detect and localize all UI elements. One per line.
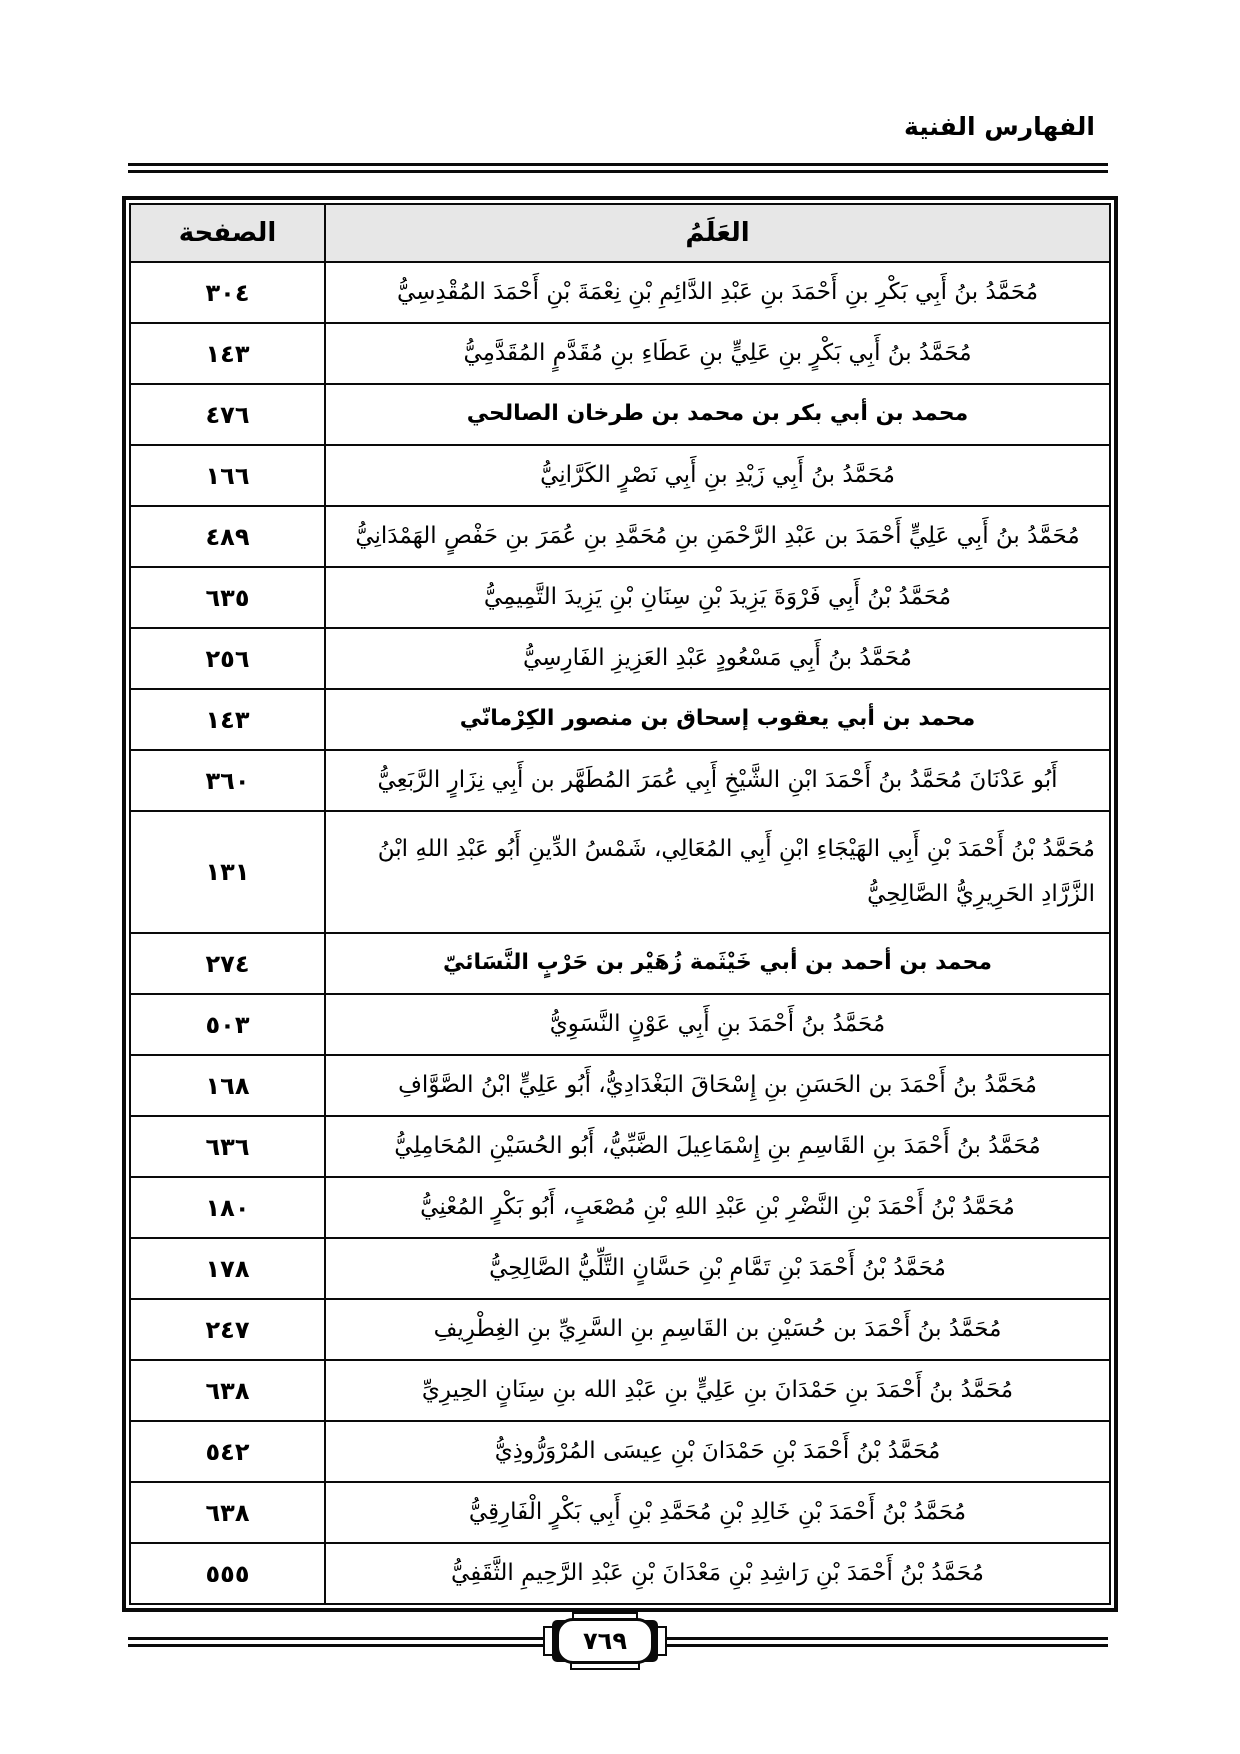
page-number-cell: ٢٥٦ bbox=[131, 629, 324, 688]
scholar-name-cell: مُحَمَّدُ بنُ أَحْمَدَ بن حُسَيْنِ بن ال… bbox=[324, 1300, 1109, 1359]
scholar-name-cell: مُحَمَّدُ بنُ أَحْمَدَ بن الحَسَنِ بنِ إ… bbox=[324, 1056, 1109, 1115]
table-row: ٢٥٦ مُحَمَّدُ بنُ أَبِي مَسْعُودٍ عَبْدِ… bbox=[131, 627, 1109, 688]
scholar-name-cell: مُحَمَّدُ بنُ أَبِي عَلِيٍّ أَحْمَدَ بن … bbox=[324, 507, 1109, 566]
scholar-name-text: مُحَمَّدُ بنُ أَحْمَدَ بنِ القَاسِمِ بنِ… bbox=[394, 1124, 1040, 1169]
table-row: ١٦٦ مُحَمَّدُ بنُ أَبِي زَيْدِ بنِ أَبِي… bbox=[131, 444, 1109, 505]
scholar-name-cell: مُحَمَّدُ بنُ أَبِي زَيْدِ بنِ أَبِي نَص… bbox=[324, 446, 1109, 505]
table-row: ٦٣٨ مُحَمَّدُ بْنُ أَحْمَدَ بْنِ خَالِدِ… bbox=[131, 1481, 1109, 1542]
scholar-name-text: مُحَمَّدُ بْنُ أَحْمَدَ بْنِ النَّضْرِ ب… bbox=[420, 1185, 1015, 1230]
table-header-row: الصفحة العَلَمُ bbox=[131, 205, 1109, 261]
table-row: ١٣١ مُحَمَّدُ بْنُ أَحْمَدَ بْنِ أَبِي ا… bbox=[131, 810, 1109, 932]
scholar-name-text: مُحَمَّدُ بْنُ أَحْمَدَ بْنِ رَاشِدِ بْن… bbox=[451, 1551, 984, 1596]
table-row: ١٧٨ مُحَمَّدُ بْنُ أَحْمَدَ بْنِ تَمَّام… bbox=[131, 1237, 1109, 1298]
table-row: ٣٠٤ مُحَمَّدُ بنُ أَبِي بَكْرِ بنِ أَحْم… bbox=[131, 261, 1109, 322]
table-row: ٦٣٦ مُحَمَّدُ بنُ أَحْمَدَ بنِ القَاسِمِ… bbox=[131, 1115, 1109, 1176]
scholar-name-cell: مُحَمَّدُ بْنُ أَحْمَدَ بْنِ خَالِدِ بْن… bbox=[324, 1483, 1109, 1542]
scholar-name-cell: مُحَمَّدُ بنُ أَحْمَدَ بنِ أَبِي عَوْنٍ … bbox=[324, 995, 1109, 1054]
table-row: ٢٤٧ مُحَمَّدُ بنُ أَحْمَدَ بن حُسَيْنِ ب… bbox=[131, 1298, 1109, 1359]
column-header-name: العَلَمُ bbox=[324, 205, 1109, 261]
scholar-name-text: مُحَمَّدُ بْنُ أَحْمَدَ بْنِ خَالِدِ بْن… bbox=[469, 1490, 966, 1535]
scholar-name-text: أَبُو عَدْنَانَ مُحَمَّدُ بنُ أَحْمَدَ ا… bbox=[378, 758, 1058, 803]
scholar-name-cell: مُحَمَّدُ بْنُ أَحْمَدَ بْنِ النَّضْرِ ب… bbox=[324, 1178, 1109, 1237]
scholar-name-cell: محمد بن أبي بكر بن محمد بن طرخان الصالحي bbox=[324, 385, 1109, 444]
scholar-name-cell: مُحَمَّدُ بنُ أَحْمَدَ بنِ حَمْدَانَ بنِ… bbox=[324, 1361, 1109, 1420]
page-number-cell: ٤٨٩ bbox=[131, 507, 324, 566]
table-row: ٥٠٣ مُحَمَّدُ بنُ أَحْمَدَ بنِ أَبِي عَو… bbox=[131, 993, 1109, 1054]
page-number-cell: ١٦٨ bbox=[131, 1056, 324, 1115]
page-number-cell: ١٧٨ bbox=[131, 1239, 324, 1298]
page-number-cell: ٣٠٤ bbox=[131, 263, 324, 322]
table-row: ١٤٣ مُحَمَّدُ بنُ أَبِي بَكْرٍ بنِ عَلِي… bbox=[131, 322, 1109, 383]
scholar-name-text: مُحَمَّدُ بنُ أَحْمَدَ بن الحَسَنِ بنِ إ… bbox=[398, 1063, 1037, 1108]
scholar-name-text: محمد بن أبي بكر بن محمد بن طرخان الصالحي bbox=[467, 393, 969, 436]
scholar-name-cell: مُحَمَّدُ بنُ أَحْمَدَ بنِ القَاسِمِ بنِ… bbox=[324, 1117, 1109, 1176]
page-number-cell: ١٤٣ bbox=[131, 324, 324, 383]
index-table-inner-border: الصفحة العَلَمُ ٣٠٤ مُحَمَّدُ بنُ أَبِي … bbox=[129, 203, 1111, 1605]
scholar-name-cell: أَبُو عَدْنَانَ مُحَمَّدُ بنُ أَحْمَدَ ا… bbox=[324, 751, 1109, 810]
book-page: الفهارس الفنية الصفحة العَلَمُ ٣٠٤ مُحَم… bbox=[0, 0, 1240, 1754]
scholar-name-cell: مُحَمَّدُ بنُ أَبِي بَكْرٍ بنِ عَلِيٍّ ب… bbox=[324, 324, 1109, 383]
table-row: ١٦٨ مُحَمَّدُ بنُ أَحْمَدَ بن الحَسَنِ ب… bbox=[131, 1054, 1109, 1115]
page-number-cell: ١٨٠ bbox=[131, 1178, 324, 1237]
table-row: ٢٧٤ محمد بن أحمد بن أبي خَيْثَمة زُهَيْر… bbox=[131, 932, 1109, 993]
scholar-name-text: مُحَمَّدُ بنُ أَبِي بَكْرِ بنِ أَحْمَدَ … bbox=[397, 270, 1038, 315]
table-row: ٥٤٢ مُحَمَّدُ بْنُ أَحْمَدَ بْنِ حَمْدَا… bbox=[131, 1420, 1109, 1481]
scholar-name-text: مُحَمَّدُ بْنُ أَبِي فَرْوَةَ يَزِيدَ بْ… bbox=[484, 575, 951, 620]
folio-number: ٧٦٩ bbox=[583, 1627, 627, 1655]
table-row: ٦٣٥ مُحَمَّدُ بْنُ أَبِي فَرْوَةَ يَزِيد… bbox=[131, 566, 1109, 627]
scholar-name-cell: مُحَمَّدُ بْنُ أَبِي فَرْوَةَ يَزِيدَ بْ… bbox=[324, 568, 1109, 627]
table-row: ١٨٠ مُحَمَّدُ بْنُ أَحْمَدَ بْنِ النَّضْ… bbox=[131, 1176, 1109, 1237]
column-header-page: الصفحة bbox=[131, 205, 324, 261]
page-number-cell: ١٤٣ bbox=[131, 690, 324, 749]
page-title: الفهارس الفنية bbox=[904, 112, 1095, 141]
header-divider-rule bbox=[128, 163, 1108, 173]
scholar-name-cell: محمد بن أحمد بن أبي خَيْثَمة زُهَيْر بن … bbox=[324, 934, 1109, 993]
scholar-name-cell: مُحَمَّدُ بْنُ أَحْمَدَ بْنِ تَمَّامِ بْ… bbox=[324, 1239, 1109, 1298]
scholar-name-cell: مُحَمَّدُ بْنُ أَحْمَدَ بْنِ حَمْدَانَ ب… bbox=[324, 1422, 1109, 1481]
table-row: ٣٦٠ أَبُو عَدْنَانَ مُحَمَّدُ بنُ أَحْمَ… bbox=[131, 749, 1109, 810]
page-number-cell: ٦٣٨ bbox=[131, 1361, 324, 1420]
scholar-name-cell: مُحَمَّدُ بنُ أَبِي بَكْرِ بنِ أَحْمَدَ … bbox=[324, 263, 1109, 322]
page-number-cell: ١٦٦ bbox=[131, 446, 324, 505]
scholar-name-text: مُحَمَّدُ بنُ أَحْمَدَ بنِ أَبِي عَوْنٍ … bbox=[550, 1002, 885, 1047]
scholar-name-text: مُحَمَّدُ بنُ أَبِي عَلِيٍّ أَحْمَدَ بن … bbox=[355, 514, 1079, 559]
scholar-name-cell: مُحَمَّدُ بْنُ أَحْمَدَ بْنِ أَبِي الهَي… bbox=[324, 812, 1109, 932]
page-number-cell: ٢٤٧ bbox=[131, 1300, 324, 1359]
scholar-name-cell: مُحَمَّدُ بْنُ أَحْمَدَ بْنِ رَاشِدِ بْن… bbox=[324, 1544, 1109, 1603]
scholar-name-text: مُحَمَّدُ بنُ أَبِي مَسْعُودٍ عَبْدِ الع… bbox=[523, 636, 912, 681]
scholar-name-text: مُحَمَّدُ بْنُ أَحْمَدَ بْنِ أَبِي الهَي… bbox=[378, 827, 1095, 917]
table-row: ٤٧٦ محمد بن أبي بكر بن محمد بن طرخان الص… bbox=[131, 383, 1109, 444]
page-number-cell: ٤٧٦ bbox=[131, 385, 324, 444]
scholar-name-cell: مُحَمَّدُ بنُ أَبِي مَسْعُودٍ عَبْدِ الع… bbox=[324, 629, 1109, 688]
folio-number-cartouche: ٧٦٩ bbox=[556, 1618, 654, 1664]
page-number-cell: ١٣١ bbox=[131, 812, 324, 932]
scholar-name-text: مُحَمَّدُ بنُ أَبِي زَيْدِ بنِ أَبِي نَص… bbox=[540, 453, 895, 498]
page-number-cell: ٥٤٢ bbox=[131, 1422, 324, 1481]
index-table: الصفحة العَلَمُ ٣٠٤ مُحَمَّدُ بنُ أَبِي … bbox=[122, 196, 1118, 1612]
table-row: ٤٨٩ مُحَمَّدُ بنُ أَبِي عَلِيٍّ أَحْمَدَ… bbox=[131, 505, 1109, 566]
table-row: ١٤٣ محمد بن أبي يعقوب إسحاق بن منصور الك… bbox=[131, 688, 1109, 749]
page-number-cell: ٦٣٦ bbox=[131, 1117, 324, 1176]
scholar-name-text: محمد بن أحمد بن أبي خَيْثَمة زُهَيْر بن … bbox=[443, 942, 992, 985]
page-number-cell: ٦٣٨ bbox=[131, 1483, 324, 1542]
scholar-name-cell: محمد بن أبي يعقوب إسحاق بن منصور الكِرْم… bbox=[324, 690, 1109, 749]
table-body: ٣٠٤ مُحَمَّدُ بنُ أَبِي بَكْرِ بنِ أَحْم… bbox=[131, 261, 1109, 1603]
page-number-cell: ٥٠٣ bbox=[131, 995, 324, 1054]
table-row: ٥٥٥ مُحَمَّدُ بْنُ أَحْمَدَ بْنِ رَاشِدِ… bbox=[131, 1542, 1109, 1603]
scholar-name-text: مُحَمَّدُ بنُ أَحْمَدَ بن حُسَيْنِ بن ال… bbox=[434, 1307, 1002, 1352]
table-row: ٦٣٨ مُحَمَّدُ بنُ أَحْمَدَ بنِ حَمْدَانَ… bbox=[131, 1359, 1109, 1420]
scholar-name-text: مُحَمَّدُ بنُ أَبِي بَكْرٍ بنِ عَلِيٍّ ب… bbox=[463, 331, 971, 376]
page-number-cell: ٣٦٠ bbox=[131, 751, 324, 810]
scholar-name-text: مُحَمَّدُ بنُ أَحْمَدَ بنِ حَمْدَانَ بنِ… bbox=[422, 1368, 1013, 1413]
page-number-cell: ٥٥٥ bbox=[131, 1544, 324, 1603]
scholar-name-text: مُحَمَّدُ بْنُ أَحْمَدَ بْنِ حَمْدَانَ ب… bbox=[495, 1429, 941, 1474]
page-number-cell: ٦٣٥ bbox=[131, 568, 324, 627]
scholar-name-text: محمد بن أبي يعقوب إسحاق بن منصور الكِرْم… bbox=[460, 698, 976, 741]
page-number-cell: ٢٧٤ bbox=[131, 934, 324, 993]
scholar-name-text: مُحَمَّدُ بْنُ أَحْمَدَ بْنِ تَمَّامِ بْ… bbox=[489, 1246, 946, 1291]
running-head: الفهارس الفنية bbox=[904, 112, 1095, 141]
